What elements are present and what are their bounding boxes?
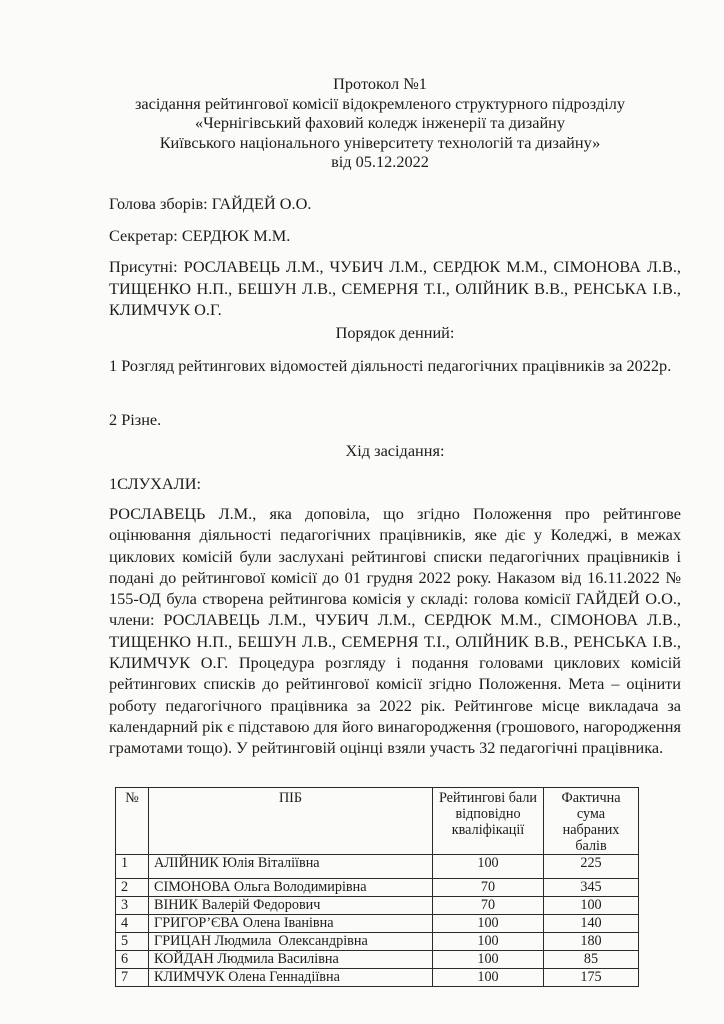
table-row: 1 АЛІЙНИК Юлія Віталіївна 100 225 (116, 855, 639, 879)
document-page: Протокол №1 засідання рейтингової комісі… (0, 0, 724, 1024)
agenda-heading: Порядок денний: (109, 322, 681, 343)
row-actual-points: 225 (544, 855, 639, 879)
row-name: ВІНИК Валерій Федорович (149, 897, 433, 915)
proceedings-heading: Хід засідання: (109, 440, 681, 461)
row-name: АЛІЙНИК Юлія Віталіївна (149, 855, 433, 879)
row-actual-points: 85 (544, 951, 639, 969)
row-number: 4 (116, 915, 149, 933)
protocol-title: Протокол №1 (100, 74, 660, 94)
row-number: 2 (116, 879, 149, 897)
table-row: 3 ВІНИК Валерій Федорович 70 100 (116, 897, 639, 915)
protocol-header: Протокол №1 засідання рейтингової комісі… (100, 74, 660, 172)
row-actual-points: 180 (544, 933, 639, 951)
row-qualification-points: 100 (433, 915, 544, 933)
row-name: ГРИЦАН Людмила Олександрівна (149, 933, 433, 951)
row-qualification-points: 100 (433, 933, 544, 951)
secretary-line: Секретар: СЕРДЮК М.М. (109, 225, 681, 246)
agenda-item-2: 2 Різне. (109, 409, 681, 430)
row-actual-points: 345 (544, 879, 639, 897)
table-row: 7 КЛИМЧУК Олена Геннадіївна 100 175 (116, 969, 639, 987)
row-qualification-points: 70 (433, 897, 544, 915)
chair-line: Голова зборів: ГАЙДЕЙ О.О. (109, 193, 681, 214)
table-header-row: № ПІБ Рейтингові бали відповідно кваліфі… (116, 788, 639, 855)
row-actual-points: 140 (544, 915, 639, 933)
row-qualification-points: 70 (433, 879, 544, 897)
table-row: 6 КОЙДАН Людмила Василівна 100 85 (116, 951, 639, 969)
column-header-number: № (116, 788, 149, 855)
agenda-item-1: 1 Розгляд рейтингових відомостей діяльно… (109, 355, 681, 376)
row-name: КОЙДАН Людмила Василівна (149, 951, 433, 969)
table-row: 2 СІМОНОВА Ольга Володимирівна 70 345 (116, 879, 639, 897)
row-number: 7 (116, 969, 149, 987)
row-qualification-points: 100 (433, 951, 544, 969)
row-number: 5 (116, 933, 149, 951)
row-number: 3 (116, 897, 149, 915)
column-header-actual-points: Фактична сума набраних балів (544, 788, 639, 855)
row-actual-points: 175 (544, 969, 639, 987)
protocol-subtitle-line-3: Київського національного університету те… (100, 133, 660, 153)
table-row: 4 ГРИГОР’ЄВА Олена Іванівна 100 140 (116, 915, 639, 933)
row-name: СІМОНОВА Ольга Володимирівна (149, 879, 433, 897)
row-name: КЛИМЧУК Олена Геннадіївна (149, 969, 433, 987)
present-list: Присутні: РОСЛАВЕЦЬ Л.М., ЧУБИЧ Л.М., СЕ… (109, 256, 681, 321)
column-header-name: ПІБ (149, 788, 433, 855)
row-actual-points: 100 (544, 897, 639, 915)
row-qualification-points: 100 (433, 855, 544, 879)
row-name: ГРИГОР’ЄВА Олена Іванівна (149, 915, 433, 933)
table-row: 5 ГРИЦАН Людмила Олександрівна 100 180 (116, 933, 639, 951)
column-header-qualification-points: Рейтингові бали відповідно кваліфікації (433, 788, 544, 855)
row-number: 6 (116, 951, 149, 969)
protocol-subtitle-line-2: «Чернігівський фаховий коледж інженерії … (100, 113, 660, 133)
protocol-date: від 05.12.2022 (100, 152, 660, 172)
row-number: 1 (116, 855, 149, 879)
heard-report-text: РОСЛАВЕЦЬ Л.М., яка доповіла, що згідно … (109, 503, 681, 759)
heard-label: 1СЛУХАЛИ: (109, 473, 681, 494)
row-qualification-points: 100 (433, 969, 544, 987)
rating-table: № ПІБ Рейтингові бали відповідно кваліфі… (115, 787, 639, 987)
protocol-subtitle-line-1: засідання рейтингової комісії відокремле… (100, 94, 660, 114)
